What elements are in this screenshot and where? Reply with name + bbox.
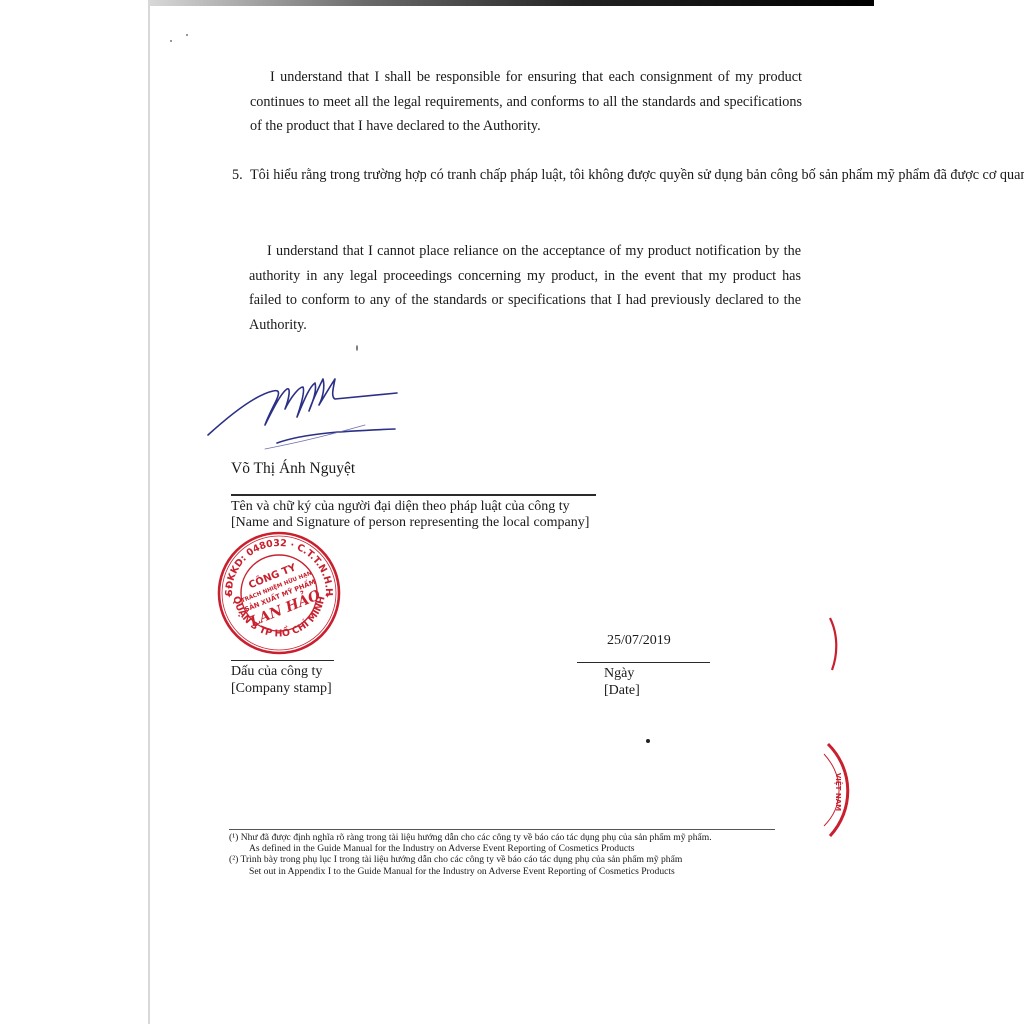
svg-text:✦: ✦ [226,591,233,600]
paragraph-4-english: I understand that I shall be responsible… [250,65,802,139]
footnote-2-vi: Trình bày trong phụ lục I trong tài liệu… [241,854,683,865]
date-line [577,662,710,663]
signature-line [231,494,596,496]
paragraph-5-number: 5. [232,163,243,188]
svg-text:VIỆT NAM: VIỆT NAM [834,773,843,811]
footnotes: (¹) Như đã được định nghĩa rõ ràng trong… [229,832,712,877]
date-label-vi: Ngày [604,665,634,682]
page-left-edge [148,0,150,1024]
footnote-rule [229,829,775,830]
date-value: 25/07/2019 [607,632,671,649]
scan-speck [186,34,188,36]
signature-label-vi: Tên và chữ ký của người đại diện theo ph… [231,498,570,515]
paragraph-5: 5. Tôi hiểu rằng trong trường hợp có tra… [232,163,804,188]
page-top-edge [148,0,874,6]
footnote-2-marker: (²) [229,854,238,865]
footnote-1: (¹) Như đã được định nghĩa rõ ràng trong… [229,832,712,843]
stamp-label-vi: Dấu của công ty [231,663,322,680]
footnote-2: (²) Trình bày trong phụ lục I trong tài … [229,854,712,865]
scan-speck [646,739,650,743]
edge-stamp-fragment-lower: VIỆT NAM [820,740,860,840]
signer-name: Võ Thị Ánh Nguyệt [231,457,355,482]
date-label-en: [Date] [604,682,640,699]
svg-text:✦: ✦ [324,591,331,600]
footnote-1-marker: (¹) [229,832,238,843]
company-stamp: SĐKKD: 048032 · C.T.T.N.H.H QUẬN 3 TP HỒ… [214,528,344,658]
paragraph-5-vietnamese: Tôi hiểu rằng trong trường hợp có tranh … [250,163,804,188]
footnote-2-en: Set out in Appendix I to the Guide Manua… [229,866,712,877]
stamp-label-en: [Company stamp] [231,680,332,697]
stamp-line [231,660,334,661]
scan-speck [170,40,172,42]
scan-speck [356,345,358,351]
edge-stamp-fragment-upper [826,614,846,674]
footnote-1-en: As defined in the Guide Manual for the I… [229,843,712,854]
handwritten-signature [205,365,405,450]
footnote-1-vi: Như đã được định nghĩa rõ ràng trong tài… [241,832,712,843]
paragraph-5-english: I understand that I cannot place relianc… [249,239,801,337]
